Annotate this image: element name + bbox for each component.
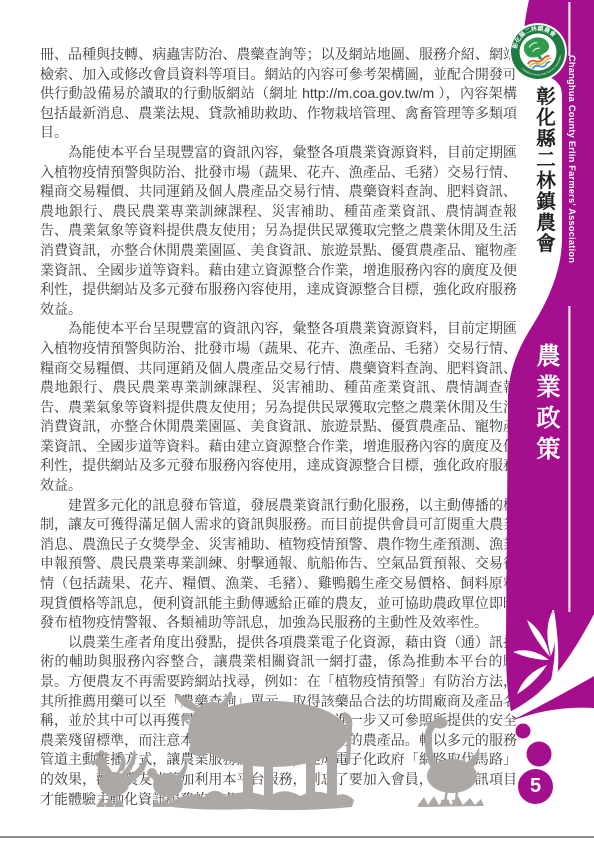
- document-page: 冊、品種與技轉、病蟲害防治、農藥查詢等；以及網站地圖、服務介紹、網站檢索、加入或…: [0, 0, 594, 842]
- footer-rule: [0, 836, 594, 838]
- paragraph: 為能使本平台呈現豐富的資訊內容，彙整各項農業資源資料，目前定期匯入植物疫情預警與…: [40, 319, 517, 495]
- paragraph: 冊、品種與技轉、病蟲害防治、農藥查詢等；以及網站地圖、服務介紹、網站檢索、加入或…: [40, 45, 517, 143]
- association-name-vertical: 彰化縣二林鎮農會: [530, 86, 558, 254]
- section-title: 農業政策: [528, 343, 563, 467]
- grass: [418, 796, 484, 807]
- paragraph: 為能使本平台呈現豐富的資訊內容，彙整各項農業資源資料，目前定期匯入植物疫情預警與…: [40, 143, 517, 319]
- association-name-english: Changhua County Erlin Farmers' Associati…: [567, 55, 577, 263]
- bull-icon: [172, 691, 354, 810]
- association-logo-icon: 彰化縣二林鎮農會 Changhua County Erlin Farmers' …: [506, 20, 570, 84]
- paragraph: 建置多元化的訊息發布管道，發展農業資訊行動化服務，以主動傳播的機制，讓友可獲得滿…: [40, 496, 517, 633]
- divider-line: [568, 306, 570, 612]
- grass: [172, 791, 354, 810]
- rooster-icon: [88, 749, 148, 807]
- farm-animals: [0, 690, 594, 842]
- goose-icon: [418, 718, 484, 808]
